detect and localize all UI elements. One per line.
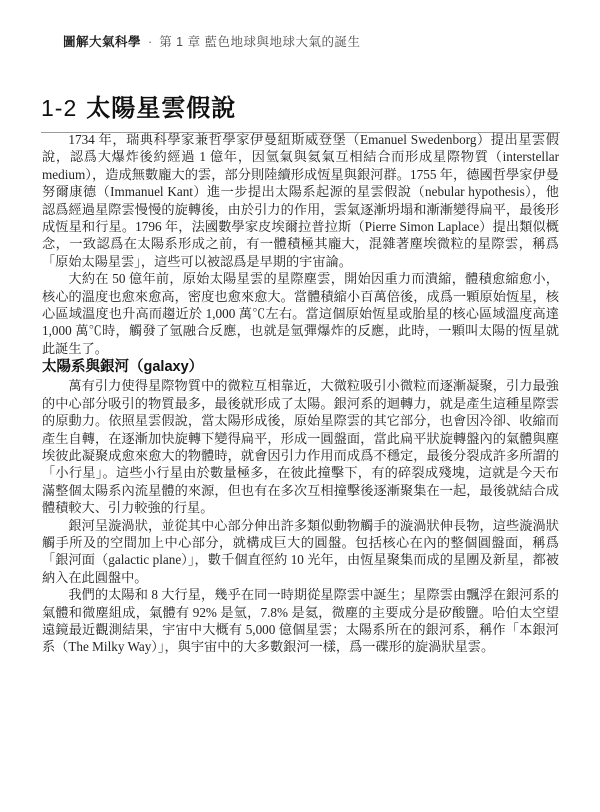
book-page: 圖解大氣科學·第 1 章 藍色地球與地球大氣的誕生 1-2太陽星雲假說 1734… <box>0 0 600 812</box>
header-separator: · <box>148 35 152 49</box>
subsection-heading: 太陽系與銀河（galaxy） <box>42 357 559 377</box>
section-title: 1-2太陽星雲假說 <box>41 88 560 133</box>
paragraph-5: 我們的太陽和 8 大行星，幾乎在同一時期從星際雲中誕生；星際雲由飄浮在銀河系的氣… <box>42 586 559 656</box>
paragraph-4: 銀河呈漩渦狀，並從其中心部分伸出許多類似動物觸手的漩渦狀伸長物，這些漩渦狀觸手所… <box>42 517 559 587</box>
paragraph-2: 大約在 50 億年前，原始太陽星雲的星際塵雲，開始因重力而潰縮，體積愈縮愈小，核… <box>42 270 559 357</box>
book-title: 圖解大氣科學 <box>63 35 141 49</box>
paragraph-1: 1734 年，瑞典科學家兼哲學家伊曼紐斯威登堡（Emanuel Swedenbo… <box>42 131 559 270</box>
running-head: 圖解大氣科學·第 1 章 藍色地球與地球大氣的誕生 <box>63 34 560 50</box>
chapter-title: 第 1 章 藍色地球與地球大氣的誕生 <box>159 35 360 49</box>
section-number: 1-2 <box>41 95 77 121</box>
body-text: 1734 年，瑞典科學家兼哲學家伊曼紐斯威登堡（Emanuel Swedenbo… <box>42 131 559 656</box>
paragraph-3: 萬有引力使得星際物質中的微粒互相靠近，大微粒吸引小微粒而逐漸凝聚，引力最強的中心… <box>42 377 559 516</box>
section-title-text: 太陽星雲假說 <box>86 95 236 122</box>
